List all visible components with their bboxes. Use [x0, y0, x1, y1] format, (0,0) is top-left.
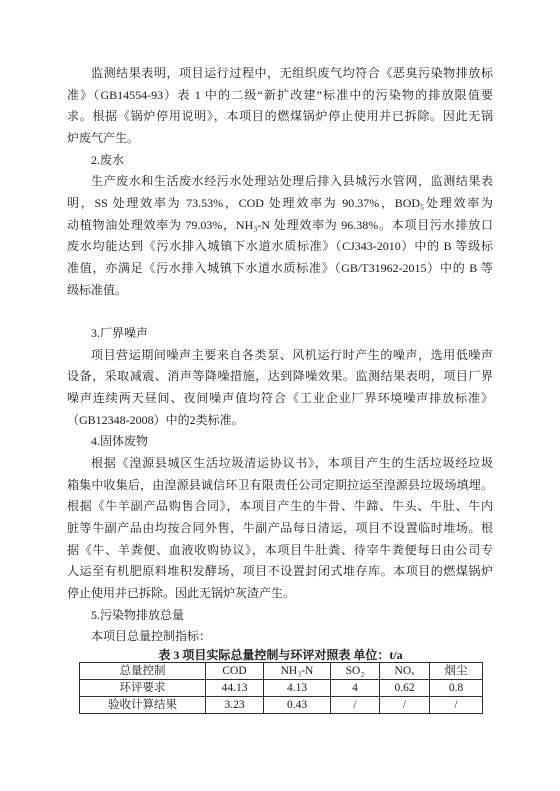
table-cell: 0.62 — [380, 680, 430, 697]
section-total-emission: 5.污染物排放总量 本项目总量控制指标： — [67, 605, 493, 648]
text-line: 求。根据《锅炉停用说明》，本项目的燃煤锅炉停止使用并已拆除。因此无锅 — [67, 106, 493, 128]
table-cell: 44.13 — [206, 680, 264, 697]
table-cell: / — [331, 697, 380, 714]
totals-table: 总量控制 COD NH₃-N SO₂ NOₓ 烟尘 环评要求 44.13 4.1… — [79, 662, 483, 714]
table-header-row: 总量控制 COD NH₃-N SO₂ NOₓ 烟尘 — [80, 663, 483, 680]
table-cell: 验收计算结果 — [80, 697, 206, 714]
table-cell: 3.23 — [206, 697, 264, 714]
text-line: 准》（GB14554-93）表 1 中的二级“新扩改建”标准中的污染物的排放限值… — [67, 85, 493, 107]
text-line: 级标准值。 — [67, 280, 493, 302]
column-header: 烟尘 — [430, 663, 483, 680]
text-line: 设备，采取减震、消声等降噪措施，达到降噪效果。监测结果表明，项目厂界 — [67, 366, 493, 388]
table-row: 环评要求 44.13 4.13 4 0.62 0.8 — [80, 680, 483, 697]
column-header: NH₃-N — [264, 663, 331, 680]
document-page: 监测结果表明，项目运行过程中，无组织废气均符合《恶臭污染物排放标 准》（GB14… — [0, 0, 560, 791]
table-cell: 0.8 — [430, 680, 483, 697]
text-line: 箱集中收集后，由湟源县诚信环卫有限责任公司定期拉运至湟源县垃圾场填埋。 — [67, 475, 493, 497]
section-exhaust-gas: 监测结果表明，项目运行过程中，无组织废气均符合《恶臭污染物排放标 准》（GB14… — [67, 63, 493, 150]
section-heading-total-emission: 5.污染物排放总量 — [67, 605, 493, 627]
text-line: 本项目总量控制指标： — [67, 626, 493, 648]
table-row: 验收计算结果 3.23 0.43 / / / — [80, 697, 483, 714]
table-cell: / — [430, 697, 483, 714]
text-line: 根据《湟源县城区生活垃圾清运协议书》，本项目产生的生活垃圾经垃圾 — [67, 453, 493, 475]
section-solid-waste: 4.固体废物 根据《湟源县城区生活垃圾清运协议书》，本项目产生的生活垃圾经垃圾 … — [67, 431, 493, 604]
column-header: COD — [206, 663, 264, 680]
text-line: 明，SS 处理效率为 73.53%，COD 处理效率为 90.37%，BOD₅处… — [67, 193, 493, 215]
text-line: 炉废气产生。 — [67, 128, 493, 150]
section-noise: 3.厂界噪声 项目营运期间噪声主要来自各类泵、风机运行时产生的噪声，选用低噪声 … — [67, 323, 493, 431]
table-cell: / — [380, 697, 430, 714]
blank-line — [67, 301, 493, 323]
text-line: 废水均能达到《污水排入城镇下水道水质标准》（CJ343-2010）中的 B 等级… — [67, 236, 493, 258]
table-cell: 0.43 — [264, 697, 331, 714]
page-content: 监测结果表明，项目运行过程中，无组织废气均符合《恶臭污染物排放标 准》（GB14… — [67, 63, 493, 714]
text-line: （GB12348-2008）中的2类标准。 — [67, 410, 493, 432]
table-caption: 表 3 项目实际总量控制与环评对照表 单位：t/a — [79, 648, 482, 662]
section-heading-noise: 3.厂界噪声 — [67, 323, 493, 345]
table-cell: 4.13 — [264, 680, 331, 697]
text-line: 人运至有机肥原料堆积发酵场，项目不设置封闭式堆存库。本项目的燃煤锅炉 — [67, 561, 493, 583]
section-heading-solid-waste: 4.固体废物 — [67, 431, 493, 453]
column-header: NOₓ — [380, 663, 430, 680]
text-line: 停止使用并已拆除。因此无锅炉灰渣产生。 — [67, 583, 493, 605]
column-header: 总量控制 — [80, 663, 206, 680]
text-line: 项目营运期间噪声主要来自各类泵、风机运行时产生的噪声，选用低噪声 — [67, 345, 493, 367]
text-line: 生产废水和生活废水经污水处理站处理后排入县城污水管网，监测结果表 — [67, 171, 493, 193]
section-heading-wastewater: 2.废水 — [67, 150, 493, 172]
text-line: 监测结果表明，项目运行过程中，无组织废气均符合《恶臭污染物排放标 — [67, 63, 493, 85]
text-line: 根据《牛羊副产品购售合同》，本项目产生的牛骨、牛蹄、牛头、牛肚、牛内 — [67, 496, 493, 518]
table-cell: 4 — [331, 680, 380, 697]
text-line: 脏等牛副产品由均按合同外售，牛副产品每日清运，项目不设置临时堆场。根 — [67, 518, 493, 540]
text-line: 准值，亦满足《污水排入城镇下水道水质标准》（GB/T31962-2015）中的 … — [67, 258, 493, 280]
section-wastewater: 2.废水 生产废水和生活废水经污水处理站处理后排入县城污水管网，监测结果表 明，… — [67, 150, 493, 302]
text-line: 据《牛、羊粪便、血液收购协议》，本项目牛肚粪、待宰牛粪便每日由公司专 — [67, 540, 493, 562]
table-cell: 环评要求 — [80, 680, 206, 697]
column-header: SO₂ — [331, 663, 380, 680]
text-line: 动植物油处理效率为 79.03%，NH₃-N 处理效率为 96.38%。本项目污… — [67, 215, 493, 237]
text-line: 噪声连续两天昼间、夜间噪声值均符合《工业企业厂界环境噪声排放标准》 — [67, 388, 493, 410]
